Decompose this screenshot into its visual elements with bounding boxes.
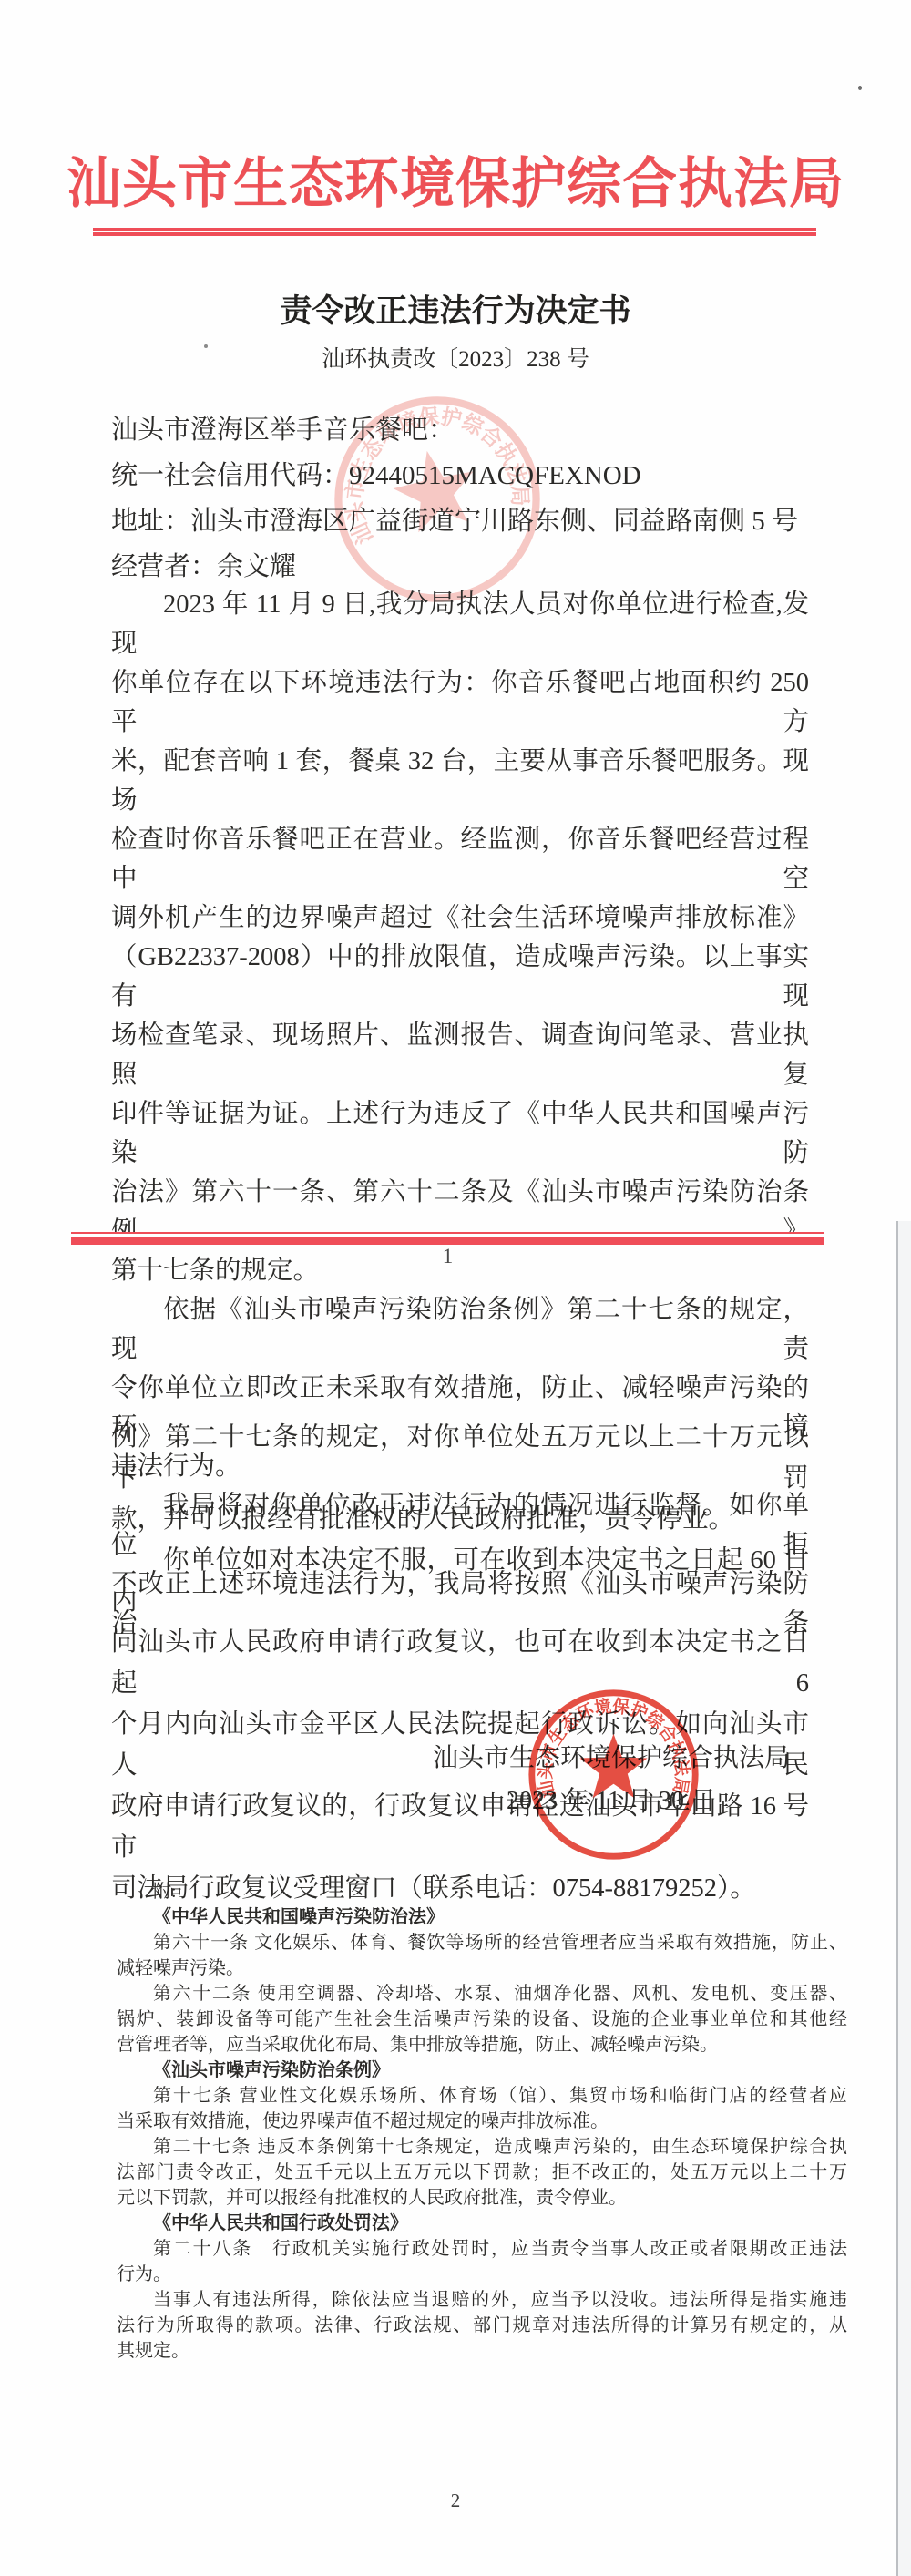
addressee-block: 汕头市澄海区举手音乐餐吧：统一社会信用代码：92440515MACQFEXNOD… <box>111 407 809 590</box>
text-line: 经营者：余文耀 <box>111 544 809 590</box>
scan-speck <box>204 344 208 348</box>
text-line: 当采取有效措施，使边界噪声值不超过规定的噪声排放标准。 <box>117 2109 847 2134</box>
text-line: 统一社会信用代码：92440515MACQFEXNOD <box>111 453 809 498</box>
text-line: 减轻噪声污染。 <box>117 1955 847 1981</box>
text-line: 检查时你音乐餐吧正在营业。经监测，你音乐餐吧经营过程中空 <box>111 820 809 898</box>
document-title: 责令改正违法行为决定书 <box>0 286 911 332</box>
text-line: 锅炉、装卸设备等可能产生社会生活噪声污染的设备、设施的企业事业单位和其他经 <box>117 2006 847 2032</box>
text-line: 地址：汕头市澄海区广益街道宁川路东侧、同益路南侧 5 号 <box>111 498 809 544</box>
text-line: 印件等证据为证。上述行为违反了《中华人民共和国噪声污染防 <box>111 1094 809 1173</box>
seal-star-icon <box>579 1734 647 1799</box>
text-line: 2023 年 11 月 9 日,我分局执法人员对你单位进行检查,发现 <box>111 585 809 663</box>
text-line: 调外机产生的边界噪声超过《社会生活环境噪声排放标准》 <box>111 898 809 938</box>
text-line: 行为。 <box>117 2262 847 2287</box>
text-line: 营管理者等，应当采取优化布局、集中排放等措施，防止、减轻噪声污染。 <box>117 2032 847 2058</box>
text-line: 《中华人民共和国行政处罚法》 <box>117 2211 847 2236</box>
official-seal-stamp: 汕头市生态环境保护综合执法局 <box>525 1686 702 1863</box>
body-text-page-2: 例》第二十七条的规定，对你单位处五万元以上二十万元以下罚款，并可以报经有批准权的… <box>111 1417 809 1909</box>
text-line: 元以下罚款，并可以报经有批准权的人民政府批准，责令停业。 <box>117 2185 847 2211</box>
page-number-1: 1 <box>71 1245 824 1268</box>
text-line: 第二十八条 行政机关实施行政处罚时，应当责令当事人改正或者限期改正违法 <box>117 2236 847 2262</box>
text-line: 当事人有违法所得，除依法应当退赔的外，应当予以没收。违法所得是指实施违 <box>117 2287 847 2313</box>
text-line: 向汕头市人民政府申请行政复议，也可在收到本决定书之日起 6 <box>111 1622 809 1704</box>
text-line: 《汕头市噪声污染防治条例》 <box>117 2058 847 2083</box>
text-line: 第二十七条 违反本条例第十七条规定，造成噪声污染的，由生态环境保护综合执 <box>117 2134 847 2160</box>
text-line: 场检查笔录、现场照片、监测报告、调查询问笔录、营业执照复 <box>111 1016 809 1094</box>
text-line: 第十七条 营业性文化娱乐场所、体育场（馆）、集贸市场和临街门店的经营者应 <box>117 2083 847 2109</box>
scan-edge-line <box>896 1221 898 2576</box>
page-footer-rule <box>71 1232 824 1245</box>
letterhead-divider-rule <box>93 228 816 236</box>
text-line: 米，配套音响 1 套，餐桌 32 台，主要从事音乐餐吧服务。现场 <box>111 742 809 820</box>
scanned-document-page: 汕头市生态环境保护综合执法局 责令改正违法行为决定书 汕环执责改〔2023〕23… <box>0 0 911 2576</box>
agency-letterhead-title: 汕头市生态环境保护综合执法局 <box>0 146 911 222</box>
appendix-legal-citations: 附:《中华人民共和国噪声污染防治法》第六十一条 文化娱乐、体育、餐饮等场所的经营… <box>117 1879 847 2364</box>
text-line: 你单位如对本决定不服，可在收到本决定书之日起 60 日内 <box>111 1540 809 1622</box>
text-line: （GB22337-2008）中的排放限值，造成噪声污染。以上事实有现 <box>111 938 809 1016</box>
text-line: 法行为所取得的款项。法律、行政法规、部门规章对违法所得的计算另有规定的，从 <box>117 2313 847 2338</box>
text-line: 法部门责令改正，处五千元以上五万元以下罚款；拒不改正的，处五万元以上二十万 <box>117 2160 847 2185</box>
document-number: 汕环执责改〔2023〕238 号 <box>0 341 911 374</box>
text-line: 《中华人民共和国噪声污染防治法》 <box>117 1904 847 1930</box>
text-line: 依据《汕头市噪声污染防治条例》第二十七条的规定，现责 <box>111 1290 809 1369</box>
text-line: 款，并可以报经有批准权的人民政府批准，责令停业。 <box>111 1499 809 1540</box>
text-line: 你单位存在以下环境违法行为：你音乐餐吧占地面积约 250 平方 <box>111 663 809 742</box>
page-number-2: 2 <box>0 2489 911 2512</box>
text-line: 汕头市澄海区举手音乐餐吧： <box>111 407 809 453</box>
text-line: 第六十一条 文化娱乐、体育、餐饮等场所的经营管理者应当采取有效措施，防止、 <box>117 1930 847 1955</box>
text-line: 附: <box>117 1879 847 1904</box>
scan-edge-shading <box>898 1221 911 2576</box>
scan-speck <box>858 86 862 90</box>
text-line: 其规定。 <box>117 2338 847 2364</box>
text-line: 第六十二条 使用空调器、冷却塔、水泵、油烟净化器、风机、发电机、变压器、 <box>117 1981 847 2006</box>
text-line: 例》第二十七条的规定，对你单位处五万元以上二十万元以下罚 <box>111 1417 809 1499</box>
